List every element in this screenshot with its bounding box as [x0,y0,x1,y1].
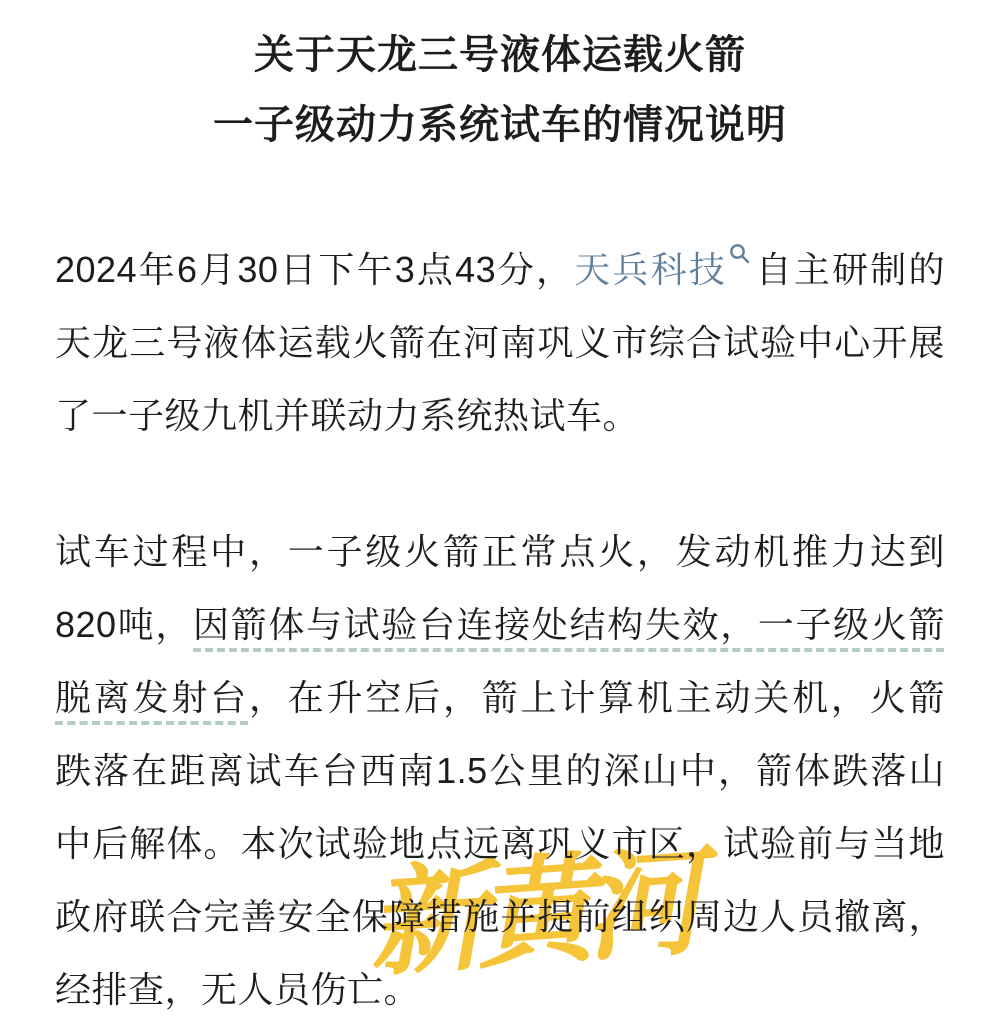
paragraph-line: 脱离发射台，在升空后，箭上计算机主动关机，火箭 [55,661,945,734]
paragraph-line: 经排查，无人员伤亡。 [55,953,945,1026]
underlined-failure-phrase: 脱离发射台 [55,677,249,718]
paragraph-text: 试车过程中，一子级火箭正常点火，发动机推力达到 [55,531,945,572]
document: 关于天龙三号液体运载火箭 一子级动力系统试车的情况说明 2024年6月30日下午… [0,0,1000,1026]
paragraph-text: ，在升空后，箭上计算机主动关机，火箭 [249,677,945,718]
paragraph-test-result: 试车过程中，一子级火箭正常点火，发动机推力达到 820吨，因箭体与试验台连接处结… [55,515,945,1026]
underlined-failure-phrase: 因箭体与试验台连接处结构失效，一子级火箭 [193,604,945,645]
page-title-line-2: 一子级动力系统试车的情况说明 [55,90,945,160]
paragraph-line: 2024年6月30日下午3点43分，天兵科技 自主研制的 [55,233,945,306]
paragraph-line: 820吨，因箭体与试验台连接处结构失效，一子级火箭 [55,588,945,661]
paragraph-text: 自主研制的 [754,249,945,290]
company-entity-link[interactable]: 天兵科技 [574,249,754,290]
paragraph-line: 政府联合完善安全保障措施并提前组织周边人员撤离， [55,880,945,953]
company-link-label: 天兵科技 [574,249,727,290]
page-title-line-1: 关于天龙三号液体运载火箭 [55,20,945,90]
paragraph-text: 了一子级九机并联动力系统热试车。 [55,395,639,436]
document-title: 关于天龙三号液体运载火箭 一子级动力系统试车的情况说明 [55,20,945,160]
paragraph-text: 天龙三号液体运载火箭在河南巩义市综合试验中心开展 [55,322,945,363]
paragraph-text: 中后解体。本次试验地点远离巩义市区，试验前与当地 [55,823,945,864]
paragraph-text: 经排查，无人员伤亡。 [55,969,420,1010]
paragraph-line: 中后解体。本次试验地点远离巩义市区，试验前与当地 [55,807,945,880]
paragraph-test-overview: 2024年6月30日下午3点43分，天兵科技 自主研制的 天龙三号液体运载火箭在… [55,233,945,452]
paragraph-text: 820吨， [55,604,193,645]
date-time-text: 2024年6月30日下午3点43分， [55,249,574,290]
paragraph-line: 天龙三号液体运载火箭在河南巩义市综合试验中心开展 [55,306,945,379]
paragraph-line: 跌落在距离试车台西南1.5公里的深山中，箭体跌落山 [55,734,945,807]
paragraph-text: 跌落在距离试车台西南1.5公里的深山中，箭体跌落山 [55,750,945,791]
paragraph-line: 了一子级九机并联动力系统热试车。 [55,379,945,452]
paragraph-text: 政府联合完善安全保障措施并提前组织周边人员撤离， [55,896,945,937]
paragraph-line: 试车过程中，一子级火箭正常点火，发动机推力达到 [55,515,945,588]
search-icon[interactable] [728,242,752,266]
